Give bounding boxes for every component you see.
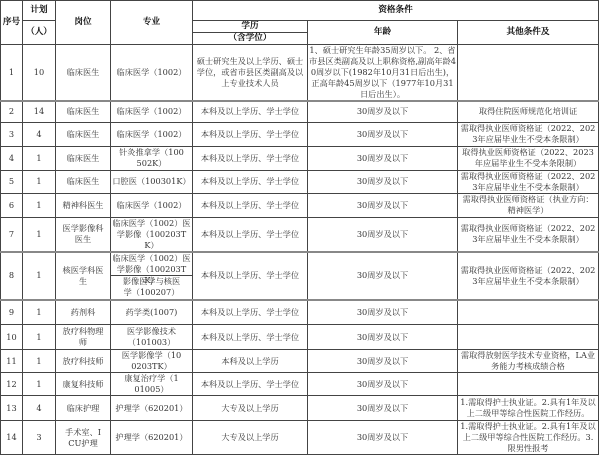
table-row: 7 1 医学影像科医生 临床医学（1002）医学影像（100203TK） 本科及… — [1, 217, 599, 252]
cell-major: 针灸推拿学（100502K） — [111, 146, 193, 170]
cell-post: 药剂科 — [56, 300, 111, 325]
cell-post: 医学影像科医生 — [56, 217, 111, 252]
cell-other: 需取得执业医师资格证（2022、2023年应届毕业生不受本条限制） — [458, 217, 599, 252]
cell-post: 核医学科医生 — [56, 252, 111, 300]
cell-post: 放疗科物理师 — [56, 325, 111, 350]
cell-age: 1、硕士研究生年龄35周岁以下。 2、省市县区类副高及以上职称资格,副高年龄40… — [308, 45, 458, 102]
cell-age: 30周岁及以下 — [308, 252, 458, 300]
cell-post: 临床医生 — [56, 101, 111, 122]
cell-plan: 1 — [23, 325, 56, 350]
cell-post: 临床医生 — [56, 45, 111, 102]
cell-other — [458, 300, 599, 325]
header-plan-bottom: （人） — [23, 21, 56, 45]
cell-seq: 11 — [1, 350, 23, 373]
cell-seq: 8 — [1, 252, 23, 300]
cell-age: 30周岁及以下 — [308, 193, 458, 217]
cell-education: 本科及以上学历、学士学位 — [193, 146, 308, 170]
cell-seq: 9 — [1, 300, 23, 325]
cell-major: 护理学（620201） — [111, 421, 193, 440]
cell-education: 本科及以上学历、学士学位 — [193, 217, 308, 252]
cell-other: 需取得执业医师资格证（执业方向：精神医学） — [458, 193, 599, 217]
cell-major: 医学影像技术（101003） — [111, 325, 193, 350]
header-post: 岗位 — [56, 1, 111, 45]
cell-seq: 10 — [1, 325, 23, 350]
cell-age: 30周岁及以下 — [308, 101, 458, 122]
table-row: 14 3 手术室、ICU护理 护理学（620201） 大专及以上学历 30周岁及… — [1, 421, 599, 440]
cell-plan: 1 — [23, 252, 56, 300]
recruitment-table: 序号 计划 岗位 专业 资格条件 （人） 学历（含学位） 年龄 其他条件及 1 … — [0, 0, 599, 439]
cell-seq: 1 — [1, 45, 23, 102]
table-row: 4 1 临床医生 针灸推拿学（100502K） 本科及以上学历、学士学位 30周… — [1, 146, 599, 170]
header-seq: 序号 — [1, 1, 23, 45]
header-plan-top: 计划 — [23, 1, 56, 21]
cell-plan: 1 — [23, 193, 56, 217]
header-major: 专业 — [111, 1, 193, 45]
cell-plan: 1 — [23, 373, 56, 396]
cell-other: 需取得执业医师资格证（2022、2023年应届毕业生不受本条限制） — [458, 122, 599, 146]
cell-seq: 6 — [1, 193, 23, 217]
cell-education: 本科及以上学历、学士学位 — [193, 252, 308, 300]
cell-other: 取得执业医师资格证（2022、2023年应届毕业生不受本条限制） — [458, 146, 599, 170]
cell-major: 护理学（620201） — [111, 396, 193, 421]
table-row: 5 1 临床医生 口腔医（100301K） 本科及以上学历、学士学位 30周岁及… — [1, 170, 599, 193]
cell-age: 30周岁及以下 — [308, 373, 458, 396]
cell-education: 本科及以上学历、学士学位 — [193, 373, 308, 396]
cell-other: 1.需取得护士执业证。2.具有1年及以上二级甲等综合性医院工作经历。3.限男性报… — [458, 421, 599, 440]
cell-seq: 4 — [1, 146, 23, 170]
cell-post: 临床护理 — [56, 396, 111, 421]
cell-major-secondary: 影像医学与核医学（100207） — [111, 276, 192, 299]
cell-education: 本科及以上学历、学士学位 — [193, 122, 308, 146]
cell-major: 药学类(1007) — [111, 300, 193, 325]
header-education-sub: （含学位） — [193, 33, 307, 44]
cell-post: 临床医生 — [56, 170, 111, 193]
cell-other: 需取得执业医师资格证（2022、2023年应届毕业生不受本条限制） — [458, 252, 599, 300]
cell-age: 30周岁及以下 — [308, 170, 458, 193]
table-row: 1 10 临床医生 临床医学（1002） 硕士研究生及以上学历、硕士学位，或省市… — [1, 45, 599, 102]
header-education-label: 学历 — [193, 21, 307, 33]
cell-post: 临床医生 — [56, 146, 111, 170]
header-age: 年龄 — [308, 21, 458, 45]
table-row: 6 1 精神科医生 临床医学（1002） 本科及以上学历、学士学位 30周岁及以… — [1, 193, 599, 217]
cell-education: 本科及以上学历、学士学位 — [193, 101, 308, 122]
cell-major: 临床医学（1002） — [111, 45, 193, 102]
cell-education: 硕士研究生及以上学历、硕士学位，或省市县区类副高及以上专业技术人员 — [193, 45, 308, 102]
cell-plan: 10 — [23, 45, 56, 102]
cell-other — [458, 325, 599, 350]
cell-major: 康复治疗学（101005） — [111, 373, 193, 396]
cell-other — [458, 45, 599, 102]
cell-plan: 4 — [23, 396, 56, 421]
table-row: 13 4 临床护理 护理学（620201） 大专及以上学历 30周岁及以下 1.… — [1, 396, 599, 421]
cell-major: 口腔医（100301K） — [111, 170, 193, 193]
header-other: 其他条件及 — [458, 21, 599, 45]
cell-plan: 4 — [23, 122, 56, 146]
cell-other: 需取得执业医师资格证（2022、2023年应届毕业生不受本条限制） — [458, 170, 599, 193]
cell-post: 放疗科技师 — [56, 350, 111, 373]
cell-seq: 13 — [1, 396, 23, 421]
cell-education: 大专及以上学历 — [193, 396, 308, 421]
cell-seq: 7 — [1, 217, 23, 252]
table-row: 2 14 临床医生 临床医学（1002） 本科及以上学历、学士学位 30周岁及以… — [1, 101, 599, 122]
cell-other: 1.需取得护士执业证。2.具有1年及以上二级甲等综合性医院工作经历。 — [458, 396, 599, 421]
cell-seq: 12 — [1, 373, 23, 396]
table-row: 11 1 放疗科技师 医学影像学（100203TK） 本科及以上学历 30周岁及… — [1, 350, 599, 373]
cell-plan: 1 — [23, 170, 56, 193]
cell-post: 精神科医生 — [56, 193, 111, 217]
cell-plan: 1 — [23, 217, 56, 252]
cell-plan: 1 — [23, 146, 56, 170]
cell-age: 30周岁及以下 — [308, 217, 458, 252]
cell-education: 本科及以上学历、学士学位 — [193, 325, 308, 350]
cell-major: 临床医学（1002） — [111, 101, 193, 122]
cell-education: 本科及以上学历 — [193, 350, 308, 373]
cell-seq: 5 — [1, 170, 23, 193]
cell-age: 30周岁及以下 — [308, 350, 458, 373]
header-qualifications: 资格条件 — [193, 1, 599, 21]
cell-major: 医学影像学（100203TK） — [111, 350, 193, 373]
cell-age: 30周岁及以下 — [308, 325, 458, 350]
cell-major: 临床医学（1002）医学影像（100203TK） — [111, 253, 192, 276]
cell-age: 30周岁及以下 — [308, 300, 458, 325]
table-row: 8 1 核医学科医生 临床医学（1002）医学影像（100203TK） 影像医学… — [1, 252, 599, 300]
table-row: 12 1 康复科技师 康复治疗学（101005） 本科及以上学历、学士学位 30… — [1, 373, 599, 396]
cell-age: 30周岁及以下 — [308, 146, 458, 170]
cell-education: 本科及以上学历、学士学位 — [193, 193, 308, 217]
cell-seq: 14 — [1, 421, 23, 440]
cell-major: 临床医学（1002） — [111, 193, 193, 217]
cell-education: 本科及以上学历、学士学位 — [193, 170, 308, 193]
cell-other — [458, 373, 599, 396]
cell-other: 取得住院医师规范化培训证 — [458, 101, 599, 122]
cell-age: 30周岁及以下 — [308, 122, 458, 146]
cell-other: 需取得放射医学技术专业资格，LA业务能力考核成绩合格 — [458, 350, 599, 373]
cell-seq: 3 — [1, 122, 23, 146]
table-row: 10 1 放疗科物理师 医学影像技术（101003） 本科及以上学历、学士学位 … — [1, 325, 599, 350]
cell-major: 临床医学（1002） — [111, 122, 193, 146]
cell-plan: 1 — [23, 350, 56, 373]
cell-plan: 3 — [23, 421, 56, 440]
cell-plan: 1 — [23, 300, 56, 325]
cell-seq: 2 — [1, 101, 23, 122]
cell-major: 临床医学（1002）医学影像（100203TK） — [111, 217, 193, 252]
cell-post: 临床医生 — [56, 122, 111, 146]
cell-post: 康复科技师 — [56, 373, 111, 396]
table-row: 3 4 临床医生 临床医学（1002） 本科及以上学历、学士学位 30周岁及以下… — [1, 122, 599, 146]
cell-plan: 14 — [23, 101, 56, 122]
cell-major-group: 临床医学（1002）医学影像（100203TK） 影像医学与核医学（100207… — [111, 252, 193, 300]
cell-post: 手术室、ICU护理 — [56, 421, 111, 440]
cell-education: 本科及以上学历、学士学位 — [193, 300, 308, 325]
header-education: 学历（含学位） — [193, 21, 308, 45]
cell-age: 30周岁及以下 — [308, 421, 458, 440]
table-row: 9 1 药剂科 药学类(1007) 本科及以上学历、学士学位 30周岁及以下 — [1, 300, 599, 325]
cell-education: 大专及以上学历 — [193, 421, 308, 440]
cell-age: 30周岁及以下 — [308, 396, 458, 421]
